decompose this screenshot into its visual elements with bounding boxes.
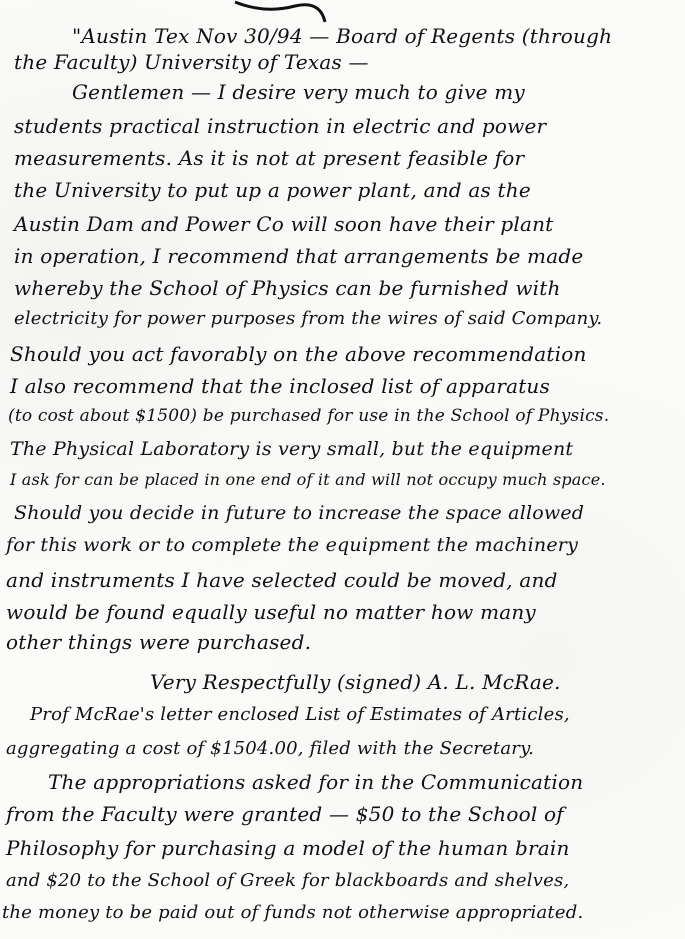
letter-line: The Physical Laboratory is very small, b…	[10, 440, 685, 459]
minutes-line: Philosophy for purchasing a model of the…	[6, 838, 685, 858]
letter-line: students practical instruction in electr…	[14, 116, 685, 136]
letter-line: in operation, I recommend that arrangeme…	[14, 246, 685, 266]
letter-line: measurements. As it is not at present fe…	[14, 148, 685, 168]
letter-line: I ask for can be placed in one end of it…	[10, 472, 685, 488]
letter-line: (to cost about $1500) be purchased for u…	[8, 408, 685, 425]
letter-line: whereby the School of Physics can be fur…	[14, 278, 685, 298]
letter-line: electricity for power purposes from the …	[14, 310, 685, 328]
letter-line-heading-2: the Faculty) University of Texas —	[14, 52, 685, 72]
letter-line: other things were purchased.	[6, 632, 685, 652]
minutes-line: and $20 to the School of Greek for black…	[6, 872, 685, 890]
letter-line: Should you act favorably on the above re…	[10, 344, 685, 364]
minutes-line: the money to be paid out of funds not ot…	[2, 904, 685, 922]
minutes-line: aggregating a cost of $1504.00, filed wi…	[6, 740, 685, 758]
letter-line: Should you decide in future to increase …	[14, 504, 685, 523]
minutes-line: The appropriations asked for in the Comm…	[48, 772, 685, 792]
letter-line-closing-signature: Very Respectfully (signed) A. L. McRae.	[150, 672, 685, 692]
letter-line: for this work or to complete the equipme…	[6, 536, 685, 555]
letter-line: would be found equally useful no matter …	[6, 602, 685, 622]
handwritten-document-page: "Austin Tex Nov 30/94 — Board of Regents…	[0, 0, 685, 939]
letter-line: I also recommend that the inclosed list …	[10, 376, 685, 396]
letter-line: and instruments I have selected could be…	[6, 570, 685, 590]
letter-line-salutation: Gentlemen — I desire very much to give m…	[72, 82, 685, 102]
minutes-line: from the Faculty were granted — $50 to t…	[6, 804, 685, 824]
letter-line: Austin Dam and Power Co will soon have t…	[14, 214, 685, 234]
letter-line-heading-1: "Austin Tex Nov 30/94 — Board of Regents…	[72, 26, 685, 46]
letter-line: the University to put up a power plant, …	[14, 180, 685, 200]
minutes-line: Prof McRae's letter enclosed List of Est…	[30, 706, 685, 724]
